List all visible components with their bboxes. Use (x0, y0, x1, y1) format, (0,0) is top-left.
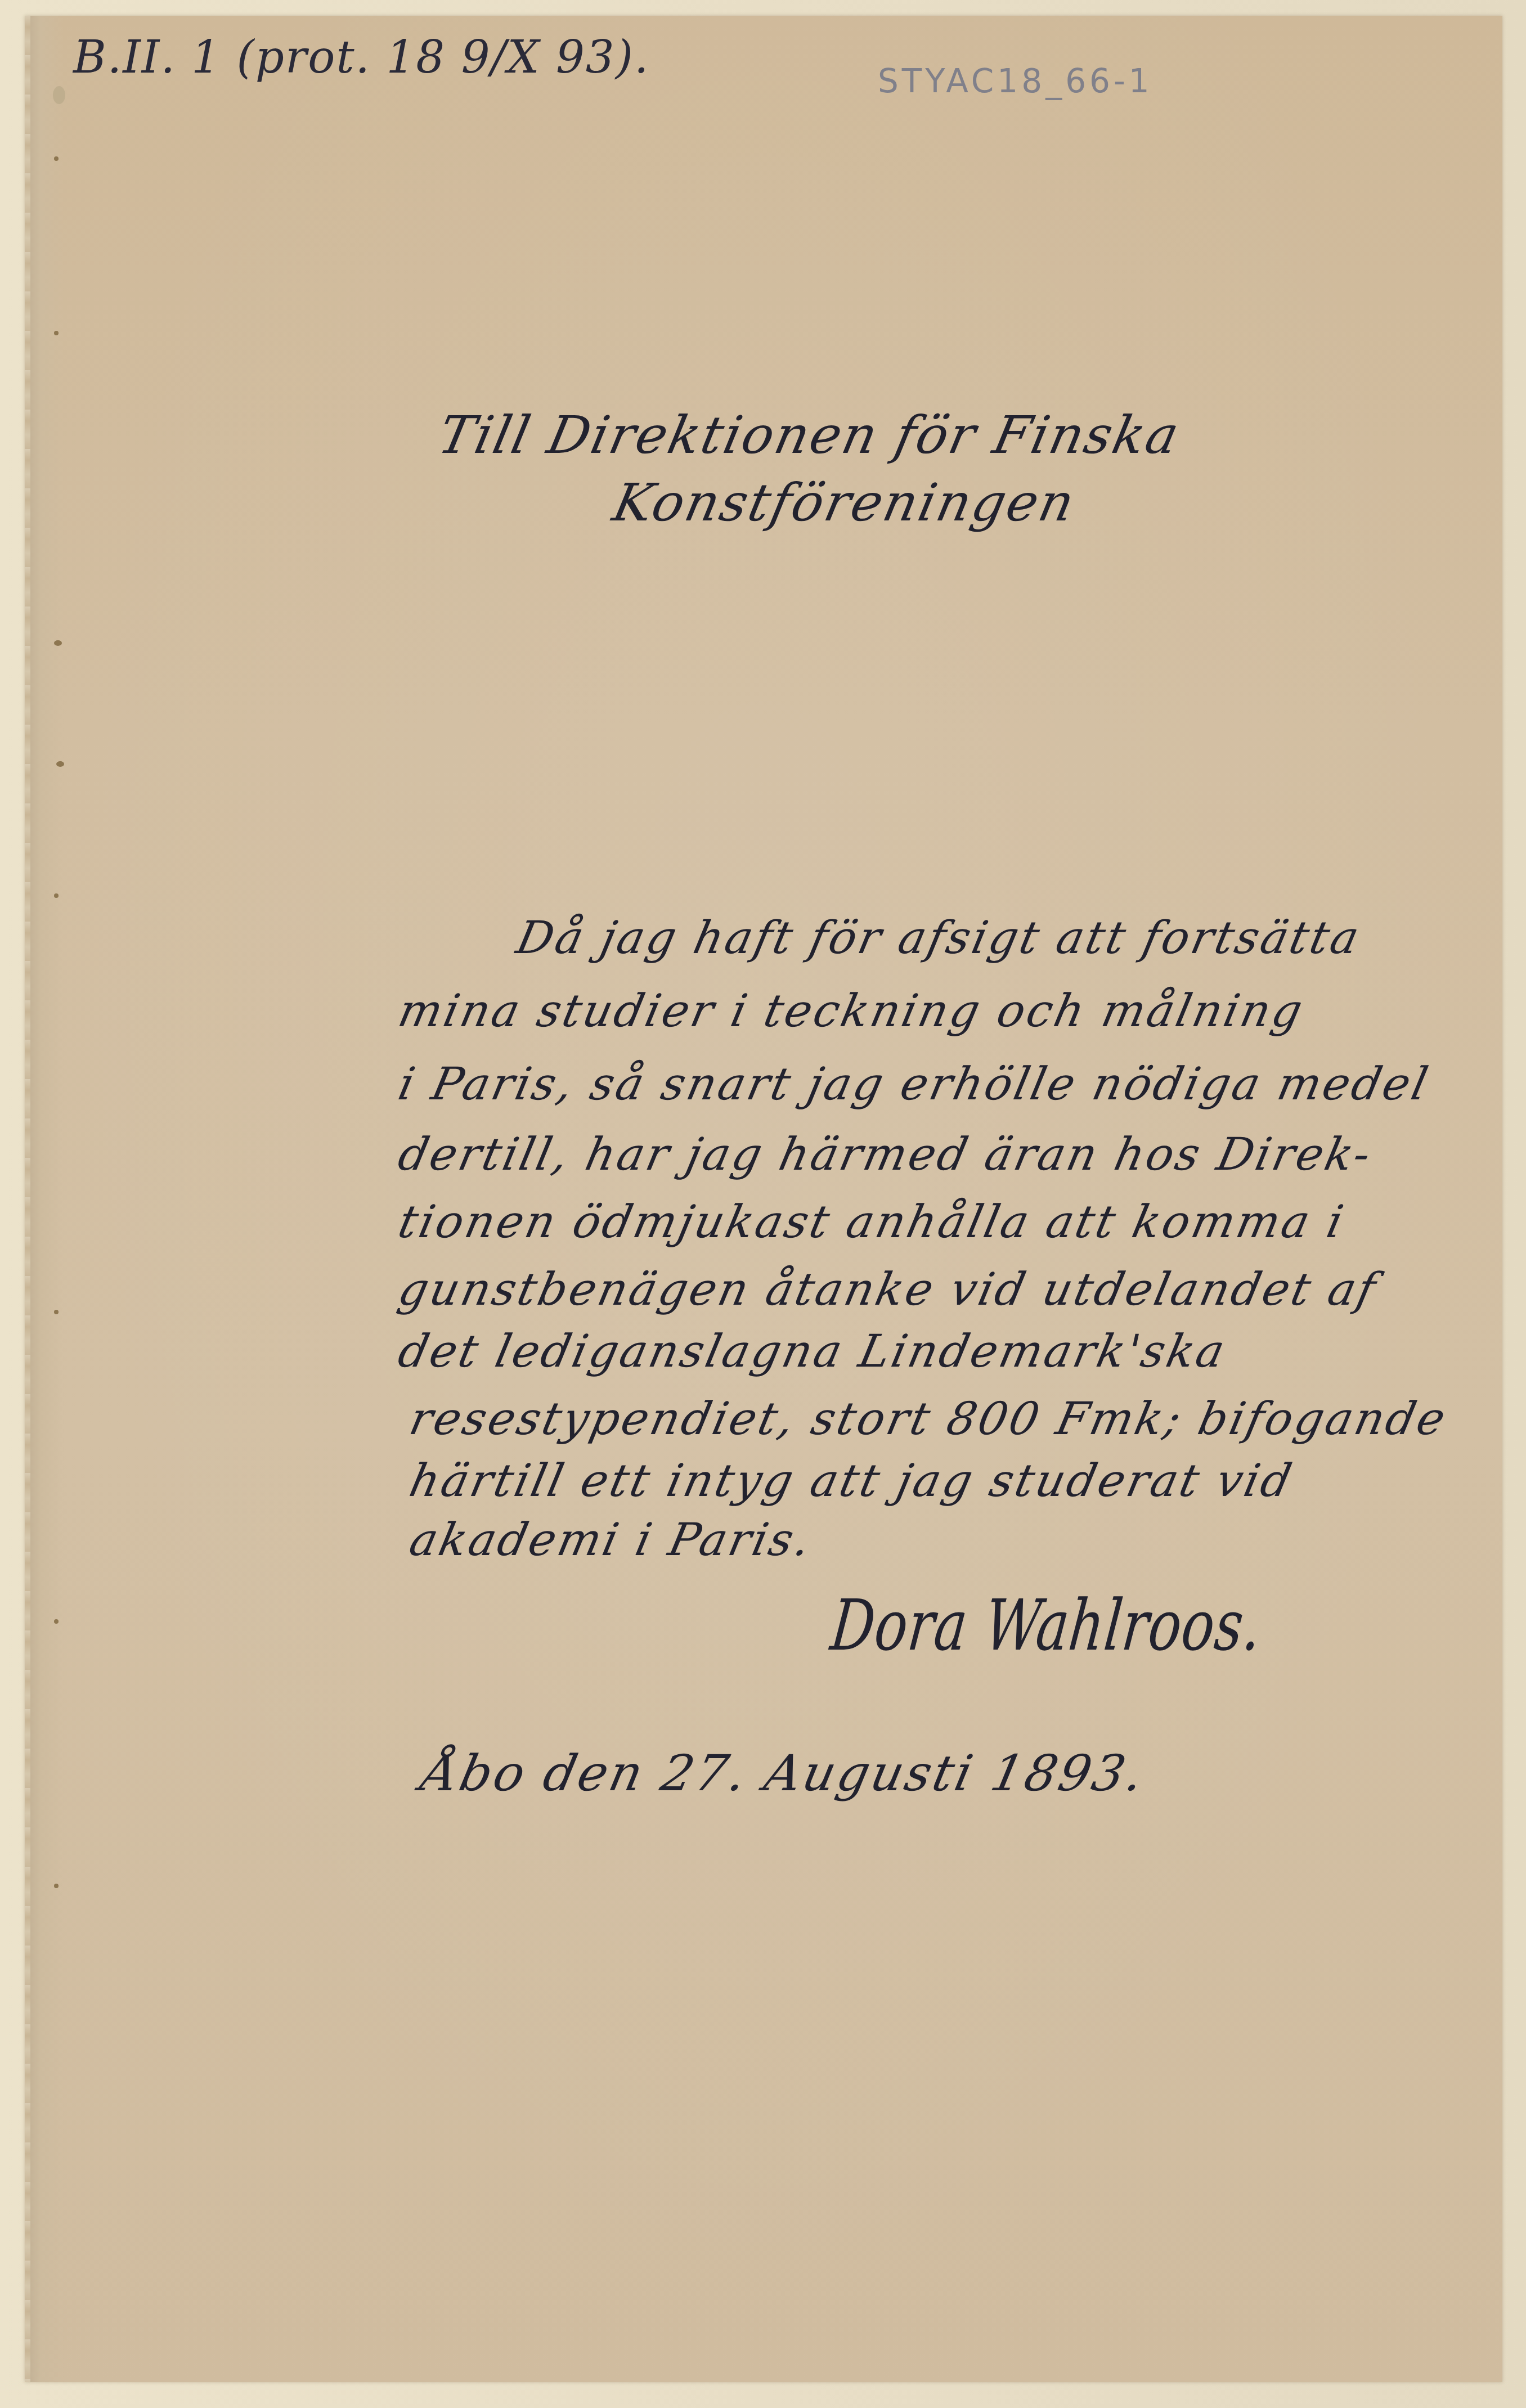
letter-content: B.II. 1 (prot. 18 9/X 93). STYAC18_66-1 … (0, 0, 1526, 2408)
catalogue-code-pencil: STYAC18_66-1 (878, 62, 1153, 100)
body-line: resestypendiet, stort 800 Fmk; bifogande (405, 1392, 1452, 1445)
body-line: Då jag haft för afsigt att fortsätta (512, 911, 1366, 964)
body-line: akademi i Paris. (405, 1513, 817, 1566)
body-line: gunstbenägen åtanke vid utdelandet af (394, 1263, 1383, 1315)
addressee-line: Konstföreningen (608, 473, 1081, 533)
body-line: i Paris, så snart jag erhölle nödiga med… (394, 1058, 1434, 1110)
body-line: det lediganslagna Lindemark'ska (394, 1325, 1232, 1377)
body-line: tionen ödmjukast anhålla att komma i (394, 1196, 1350, 1248)
body-line: härtill ett intyg att jag studerat vid (405, 1454, 1298, 1507)
signature: Dora Wahlroos. (827, 1584, 1265, 1666)
body-line: mina studier i teckning och målning (394, 985, 1309, 1037)
addressee-line: Till Direktionen för Finska (433, 405, 1186, 465)
place-and-date: Åbo den 27. Augusti 1893. (416, 1744, 1151, 1802)
body-line: dertill, har jag härmed äran hos Direk- (394, 1128, 1377, 1180)
archive-reference-note: B.II. 1 (prot. 18 9/X 93). (73, 31, 649, 83)
